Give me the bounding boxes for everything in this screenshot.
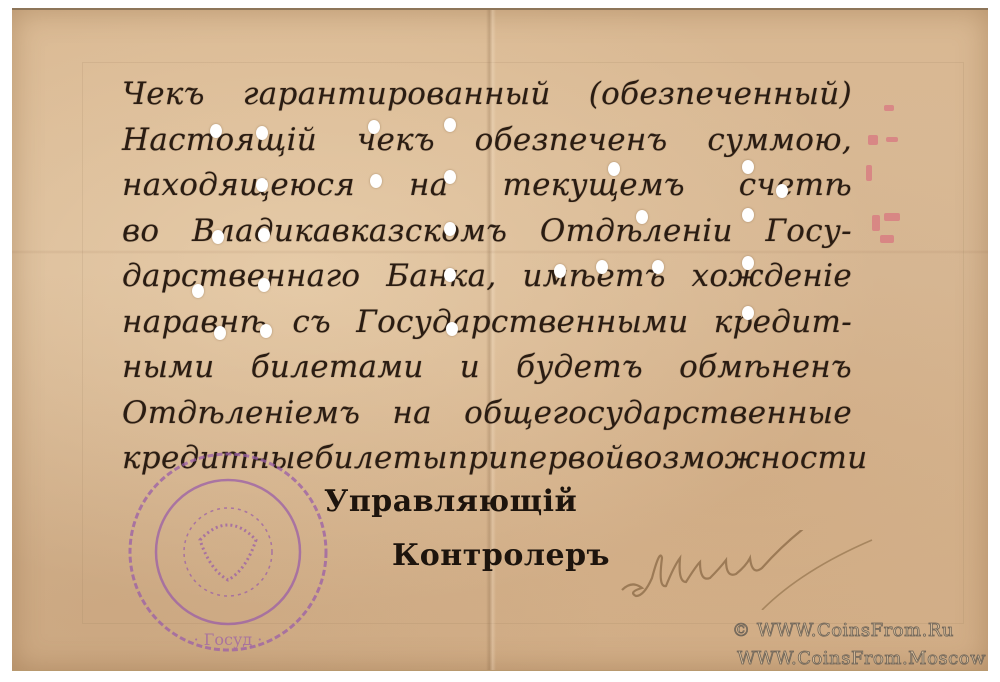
body-word: Владикавказскомъ	[192, 209, 507, 255]
perforation-hole	[742, 306, 754, 320]
body-word: общегосударственные	[464, 391, 852, 437]
perforation-hole	[258, 228, 270, 242]
body-word: на	[409, 163, 449, 209]
perforation-hole	[214, 326, 226, 340]
perforation-hole	[554, 264, 566, 278]
body-word: кредит-	[714, 300, 852, 346]
body-word: Настоящій	[122, 118, 317, 164]
body-word: съ	[292, 300, 331, 346]
perforation-hole	[256, 178, 268, 192]
body-word: (обезпеченный)	[589, 72, 852, 118]
perforation-hole	[652, 260, 664, 274]
perforation-hole	[608, 162, 620, 176]
perforation-hole	[370, 174, 382, 188]
body-word: находящеюся	[122, 163, 355, 209]
body-line: Чекъгарантированный(обезпеченный)	[122, 72, 852, 118]
manager-title: Управляющій	[324, 484, 577, 519]
body-word: при	[448, 436, 509, 482]
body-line: Отдѣленіемънаобщегосударственные	[122, 391, 852, 437]
perforation-hole	[258, 278, 270, 292]
body-word: Чекъ	[122, 72, 205, 118]
bank-seal-stamp: · Госуд ·	[120, 440, 340, 660]
watermark-ru: © WWW.CoinsFrom.Ru	[732, 620, 954, 641]
perforation-hole	[444, 268, 456, 282]
body-word: во	[122, 209, 159, 255]
body-word: текущемъ	[502, 163, 684, 209]
body-word: обезпеченъ	[475, 118, 668, 164]
body-word: и	[460, 345, 480, 391]
body-word: наравнѣ	[122, 300, 267, 346]
perforation-hole	[776, 184, 788, 198]
body-word: Банка,	[386, 254, 496, 300]
perforation-hole	[210, 124, 222, 138]
perforation-hole	[444, 170, 456, 184]
body-word: билетами	[251, 345, 424, 391]
perforation-hole	[260, 324, 272, 338]
perforation-hole	[368, 120, 380, 134]
body-word: суммою,	[707, 118, 852, 164]
body-word: счетѣ	[739, 163, 852, 209]
svg-text:· Госуд ·: · Госуд ·	[194, 630, 263, 649]
body-word: дарственнаго	[122, 254, 360, 300]
perforation-hole	[596, 260, 608, 274]
body-word: хожденіе	[692, 254, 852, 300]
body-line: наравнѣсъГосударственнымикредит-	[122, 300, 852, 346]
body-word: первой	[509, 436, 626, 482]
body-word: ными	[122, 345, 215, 391]
perforation-hole	[192, 284, 204, 298]
perforation-hole	[742, 256, 754, 270]
perforation-hole	[444, 118, 456, 132]
perforation-hole	[212, 230, 224, 244]
controller-signature	[612, 530, 912, 610]
body-word: имѣетъ	[522, 254, 665, 300]
perforation-hole	[636, 210, 648, 224]
body-word: Государственными	[356, 300, 688, 346]
body-word: на	[392, 391, 432, 437]
body-word: возможности	[625, 436, 867, 482]
body-word: Отдѣленіемъ	[122, 391, 360, 437]
watermark-moscow: WWW.CoinsFrom.Moscow	[737, 648, 986, 669]
perforation-hole	[742, 160, 754, 174]
body-line: Настоящійчекъобезпеченъсуммою,	[122, 118, 852, 164]
cheque-body-text: Чекъгарантированный(обезпеченный)Настоящ…	[122, 72, 852, 482]
perforation-hole	[256, 126, 268, 140]
perforation-hole	[742, 208, 754, 222]
body-word: Госу-	[765, 209, 852, 255]
body-line: нымибилетамиибудетъобмѣненъ	[122, 345, 852, 391]
body-word: гарантированный	[243, 72, 551, 118]
body-word: будетъ	[516, 345, 643, 391]
perforation-hole	[446, 322, 458, 336]
cheque-note: Чекъгарантированный(обезпеченный)Настоящ…	[12, 8, 988, 671]
controller-title: Контролеръ	[392, 538, 610, 573]
body-word: обмѣненъ	[679, 345, 852, 391]
perforation-hole	[444, 222, 456, 236]
red-stamp-fragment	[862, 95, 912, 265]
